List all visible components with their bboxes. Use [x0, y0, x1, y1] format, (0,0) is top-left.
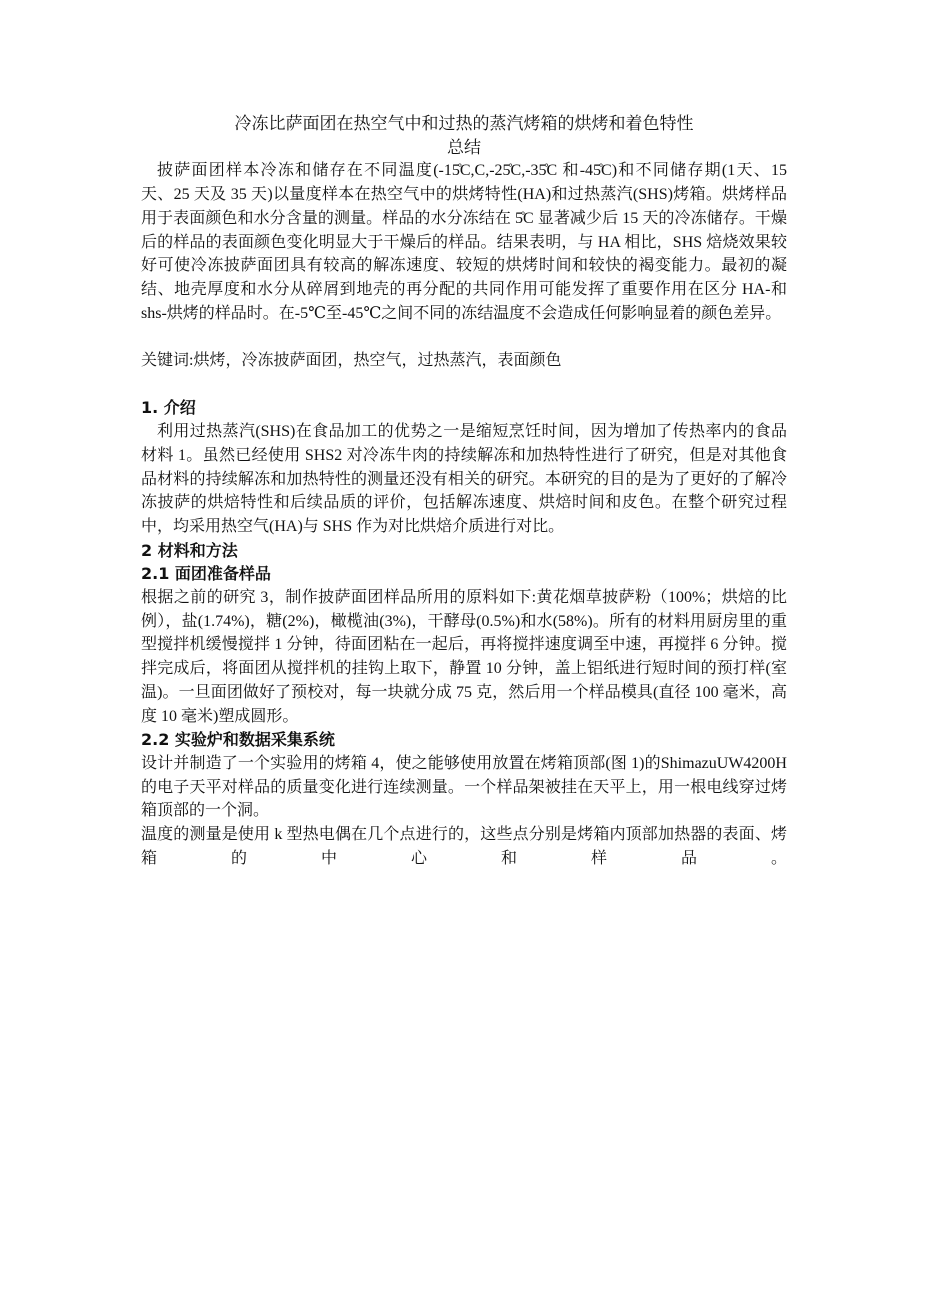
section-heading-materials-methods: 2 材料和方法 [141, 539, 787, 563]
document-page: 冷冻比萨面团在热空气中和过热的蒸汽烤箱的烘烤和着色特性 总结 披萨面团样本冷冻和… [141, 112, 787, 870]
spacer [141, 325, 787, 349]
keywords: 关键词:烘烤，冷冻披萨面团，热空气，过热蒸汽，表面颜色 [141, 349, 787, 373]
section-heading-dough-preparation: 2.1 面团准备样品 [141, 562, 787, 586]
section-heading-oven-data-system: 2.2 实验炉和数据采集系统 [141, 728, 787, 752]
oven-paragraph: 设计并制造了一个实验用的烤箱 4，使之能够使用放置在烤箱顶部(图 1)的Shim… [141, 752, 787, 823]
abstract-heading: 总结 [141, 136, 787, 160]
dough-preparation-paragraph: 根据之前的研究 3，制作披萨面团样品所用的原料如下:黄花烟草披萨粉（100%；烘… [141, 586, 787, 728]
abstract-text: 披萨面团样本冷冻和储存在不同温度(-15̊C,C,-25̊C,-35̊C 和-4… [141, 159, 787, 325]
temperature-paragraph: 温度的测量是使用 k 型热电偶在几个点进行的，这些点分别是烤箱内顶部加热器的表面… [141, 823, 787, 870]
spacer [141, 373, 787, 397]
document-title: 冷冻比萨面团在热空气中和过热的蒸汽烤箱的烘烤和着色特性 [141, 112, 787, 136]
introduction-paragraph: 利用过热蒸汽(SHS)在食品加工的优势之一是缩短烹饪时间，因为增加了传热率内的食… [141, 420, 787, 539]
section-heading-introduction: 1. 介绍 [141, 396, 787, 420]
